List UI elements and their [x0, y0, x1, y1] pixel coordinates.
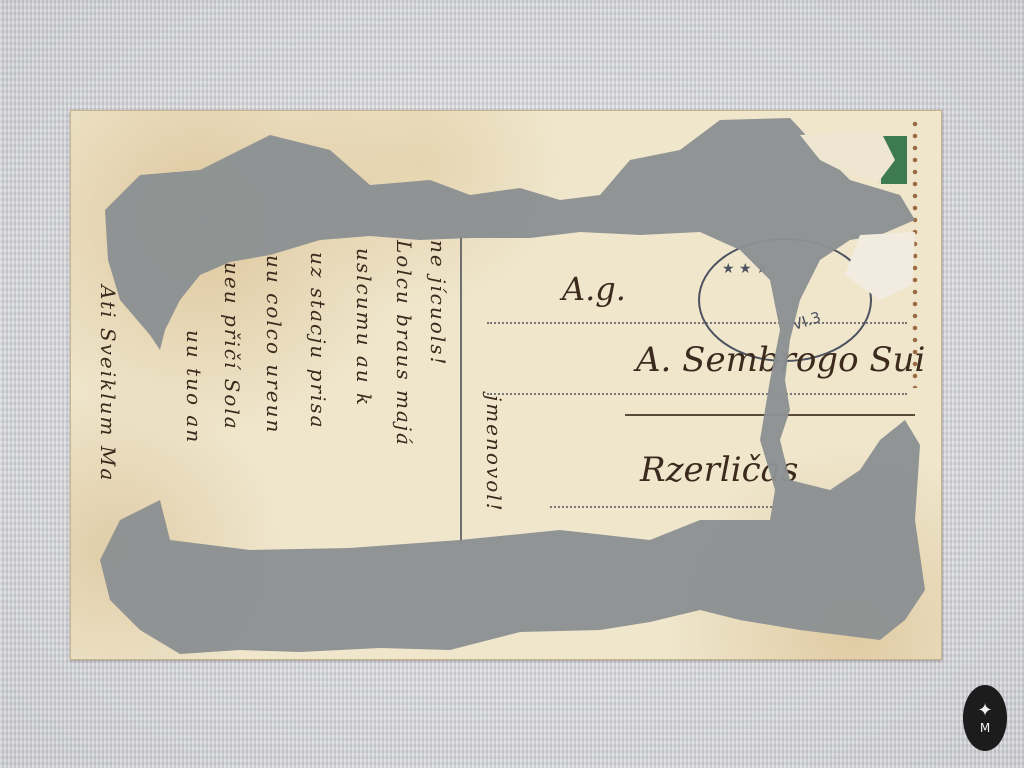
watermark-letter: M: [980, 722, 990, 734]
flower-icon: ✦: [977, 702, 992, 720]
watermark-logo: ✦ M: [963, 685, 1007, 751]
glue-residue: [0, 0, 1024, 768]
